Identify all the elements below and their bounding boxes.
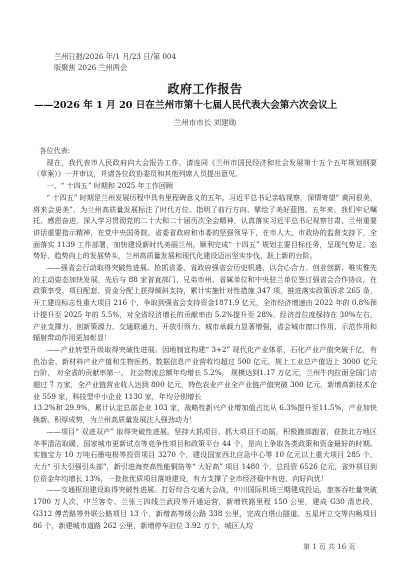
page-indicator: 第 1 页 共 16 页: [303, 542, 356, 552]
document-subtitle: ——2026 年 1 月 20 日在兰州市第十七届人民代表大会第六次会议上: [34, 97, 337, 111]
column-line: 版聚焦 2026 兰州两会: [54, 62, 176, 73]
source-line: 兰州日报/2026 年/1 月/23 日/第 004: [54, 51, 176, 62]
publication-meta: 兰州日报/2026 年/1 月/23 日/第 004 版聚焦 2026 兰州两会: [54, 51, 176, 73]
section-heading: 一、“ 十四五” 时期和 2025 年工作回顾: [33, 180, 377, 192]
paragraph: 13.2%和 29.9%，累计认定总部企业 103 家，战略性新兴产业增加值占比…: [33, 402, 377, 425]
document-page: 兰州日报/2026 年/1 月/23 日/第 004 版聚焦 2026 兰州两会…: [0, 0, 410, 580]
paragraph: ——交通枢纽建设取得突破性进展。打好综合交通大会战，中川国际机场三期建成投运，旅…: [33, 484, 377, 531]
salutation: 各位代表:: [33, 145, 377, 157]
paragraph: “ 十四五” 时期是兰州发展历程中具有里程碑意义的五年。习近平总书记亲临视察，深…: [33, 192, 377, 262]
paragraph: ——强省会行动取得突破性进展。抢抓省委、省政府强省会历史机遇，以合心合力、创业创…: [33, 262, 377, 344]
paragraph: 现在，我代表市人民政府向大会报告工作，请连同《兰州市国民经济和社会发展第十五个五…: [33, 157, 377, 180]
paragraph: ——产业转型升级取得突破性进展。因地制宜构建“ 3+2” 现代化产业体系，石化产…: [33, 344, 377, 403]
document-author: 兰州市市长 刘建勋: [0, 117, 410, 128]
paragraph: ——项目“ 双进双产” 取得突破性进展。坚持大抓项目、抓大项目不动摇，积极跑部跑…: [33, 426, 377, 485]
document-title: 政府工作报告: [0, 80, 410, 97]
document-body: 各位代表: 现在，我代表市人民政府向大会报告工作，请连同《兰州市国民经济和社会发…: [33, 145, 377, 531]
